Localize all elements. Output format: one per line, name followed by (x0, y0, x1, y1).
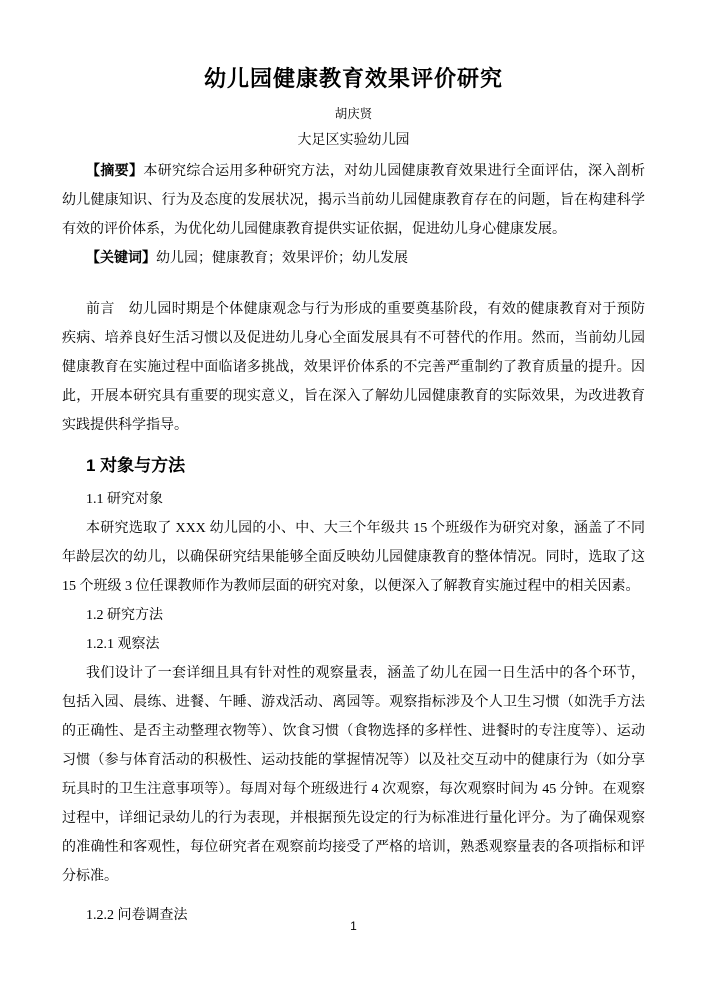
section-heading-1-2-1: 1.2.1 观察法 (62, 630, 645, 659)
abstract-paragraph: 【摘要】本研究综合运用多种研究方法，对幼儿园健康教育效果进行全面评估，深入剖析幼… (62, 157, 645, 244)
introduction-label: 前言 (86, 302, 115, 317)
section-heading-1-2: 1.2 研究方法 (62, 601, 645, 630)
section-1-2-1-paragraph: 我们设计了一套详细且具有针对性的观察量表，涵盖了幼儿在园一日生活中的各个环节，包… (62, 659, 645, 891)
abstract-text: 本研究综合运用多种研究方法，对幼儿园健康教育效果进行全面评估，深入剖析幼儿健康知… (62, 164, 645, 237)
section-heading-1-1: 1.1 研究对象 (62, 485, 645, 514)
introduction-paragraph: 前言幼儿园时期是个体健康观念与行为形成的重要奠基阶段，有效的健康教育对于预防疾病… (62, 295, 645, 440)
introduction-text: 幼儿园时期是个体健康观念与行为形成的重要奠基阶段，有效的健康教育对于预防疾病、培… (62, 302, 645, 433)
section-heading-1: 1 对象与方法 (62, 451, 645, 481)
keywords-label: 【关键词】 (86, 251, 156, 266)
keywords-paragraph: 【关键词】幼儿园；健康教育；效果评价；幼儿发展 (62, 244, 645, 273)
keywords-text: 幼儿园；健康教育；效果评价；幼儿发展 (156, 251, 408, 266)
abstract-label: 【摘要】 (86, 164, 143, 179)
paper-title: 幼儿园健康教育效果评价研究 (62, 62, 645, 96)
author-affiliation: 大足区实验幼儿园 (62, 129, 645, 152)
author-name: 胡庆贤 (62, 104, 645, 124)
section-1-1-paragraph: 本研究选取了 XXX 幼儿园的小、中、大三个年级共 15 个班级作为研究对象，涵… (62, 514, 645, 601)
page-number: 1 (0, 918, 707, 934)
document-page: 幼儿园健康教育效果评价研究 胡庆贤 大足区实验幼儿园 【摘要】本研究综合运用多种… (0, 0, 707, 999)
